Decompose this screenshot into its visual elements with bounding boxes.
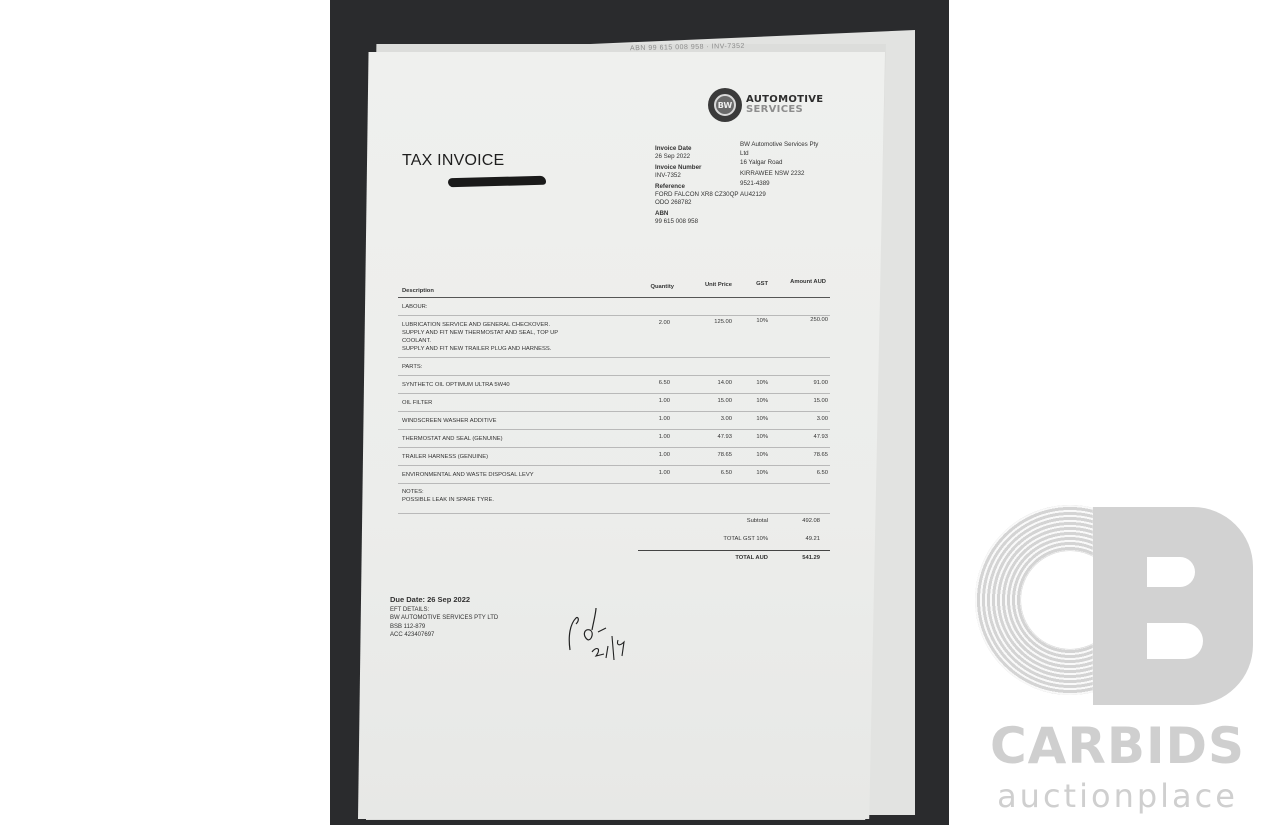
invoice-document: BW AUTOMOTIVE SERVICES TAX INVOICE Invoi… bbox=[330, 0, 949, 825]
table-row: SYNTHETC OIL OPTIMUM ULTRA 5W406.5014.00… bbox=[398, 376, 830, 394]
supplier-phone: 9521-4389 bbox=[740, 179, 840, 190]
labour-quantity: 2.00 bbox=[640, 320, 670, 326]
watermark-brand: CARBIDS bbox=[975, 717, 1260, 775]
gst-row: TOTAL GST 10% 49.21 bbox=[638, 532, 830, 550]
table-row: OIL FILTER1.0015.0010%15.00 bbox=[398, 394, 830, 412]
eft-label: EFT DETAILS: bbox=[390, 606, 498, 615]
part-quantity: 1.00 bbox=[640, 398, 670, 404]
redaction-mark bbox=[448, 176, 546, 188]
watermark-tagline: auctionplace bbox=[975, 777, 1260, 815]
supplier-name-1: BW Automotive Services Pty bbox=[740, 141, 840, 149]
part-amount: 91.00 bbox=[788, 380, 828, 386]
labour-amount: 250.00 bbox=[788, 317, 828, 323]
totals-block: Subtotal 492.08 TOTAL GST 10% 49.21 TOTA… bbox=[638, 514, 830, 568]
table-header: Description Quantity Unit Price GST Amou… bbox=[398, 278, 830, 298]
document-title: TAX INVOICE bbox=[402, 152, 504, 170]
reference-line-1: FORD FALCON XR8 CZ30QP bbox=[655, 191, 739, 199]
part-quantity: 6.50 bbox=[640, 380, 670, 386]
part-unit-price: 6.50 bbox=[688, 470, 732, 476]
part-amount: 3.00 bbox=[788, 416, 828, 422]
part-unit-price: 47.93 bbox=[688, 434, 732, 440]
part-description: THERMOSTAT AND SEAL (GENUINE) bbox=[402, 436, 503, 442]
part-gst: 10% bbox=[748, 470, 768, 476]
part-amount: 15.00 bbox=[788, 398, 828, 404]
carbids-watermark: CARBIDS auctionplace bbox=[975, 505, 1260, 815]
abn-label: ABN bbox=[655, 210, 739, 218]
labour-description: LUBRICATION SERVICE AND GENERAL CHECKOVE… bbox=[402, 321, 642, 353]
part-amount: 78.65 bbox=[788, 452, 828, 458]
part-gst: 10% bbox=[748, 380, 768, 386]
invoice-photo: ABN 99 615 008 958 · INV-7352 BW AUTOMOT… bbox=[330, 0, 949, 825]
labour-gst: 10% bbox=[748, 318, 768, 324]
labour-line: SUPPLY AND FIT NEW THERMOSTAT AND SEAL, … bbox=[402, 329, 642, 337]
supplier-address: BW Automotive Services Pty Ltd 16 Yalgar… bbox=[740, 141, 840, 200]
labour-line: LUBRICATION SERVICE AND GENERAL CHECKOVE… bbox=[402, 321, 642, 329]
part-description: WINDSCREEN WASHER ADDITIVE bbox=[402, 418, 496, 424]
logo-badge: BW bbox=[714, 94, 736, 116]
account-number: ACC 423407697 bbox=[390, 631, 498, 640]
reference-line-2: ODO 268782 bbox=[655, 199, 739, 207]
header-gst: GST bbox=[748, 281, 768, 287]
parts-rows: SYNTHETC OIL OPTIMUM ULTRA 5W406.5014.00… bbox=[398, 376, 830, 484]
part-gst: 10% bbox=[748, 416, 768, 422]
part-quantity: 1.00 bbox=[640, 470, 670, 476]
handwritten-paid-note: Pd 27/9 bbox=[562, 606, 652, 666]
invoice-date-label: Invoice Date bbox=[655, 145, 739, 153]
part-unit-price: 3.00 bbox=[688, 416, 732, 422]
total-row: TOTAL AUD 541.29 bbox=[638, 550, 830, 568]
notes: NOTES: POSSIBLE LEAK IN SPARE TYRE. bbox=[402, 488, 494, 504]
part-amount: 6.50 bbox=[788, 470, 828, 476]
watermark-b-counter-top bbox=[1147, 557, 1195, 587]
supplier-licence: AU42129 bbox=[740, 190, 840, 201]
parts-heading-row: PARTS: bbox=[398, 358, 830, 376]
table-row: TRAILER HARNESS (GENUINE)1.0078.6510%78.… bbox=[398, 448, 830, 466]
account-name: BW AUTOMOTIVE SERVICES PTY LTD bbox=[390, 614, 498, 623]
notes-row: NOTES: POSSIBLE LEAK IN SPARE TYRE. bbox=[398, 484, 830, 514]
logo-text: AUTOMOTIVE SERVICES bbox=[746, 95, 823, 115]
table-row: WINDSCREEN WASHER ADDITIVE1.003.0010%3.0… bbox=[398, 412, 830, 430]
supplier-street: 16 Yalgar Road bbox=[740, 158, 840, 169]
gst-value: 49.21 bbox=[805, 536, 820, 542]
table-row: ENVIRONMENTAL AND WASTE DISPOSAL LEVY1.0… bbox=[398, 466, 830, 484]
reference-label: Reference bbox=[655, 183, 739, 191]
watermark-b-shape bbox=[1093, 507, 1253, 705]
invoice-number-label: Invoice Number bbox=[655, 164, 739, 172]
invoice-date: 26 Sep 2022 bbox=[655, 153, 739, 161]
subtotal-label: Subtotal bbox=[747, 518, 768, 524]
part-gst: 10% bbox=[748, 398, 768, 404]
invoice-meta: Invoice Date 26 Sep 2022 Invoice Number … bbox=[655, 145, 739, 229]
part-gst: 10% bbox=[748, 434, 768, 440]
part-unit-price: 78.65 bbox=[688, 452, 732, 458]
company-logo: BW AUTOMOTIVE SERVICES bbox=[708, 88, 823, 122]
gear-icon: BW bbox=[708, 88, 742, 122]
part-gst: 10% bbox=[748, 452, 768, 458]
header-amount: Amount AUD bbox=[782, 279, 826, 285]
header-description: Description bbox=[402, 288, 434, 294]
part-amount: 47.93 bbox=[788, 434, 828, 440]
part-description: ENVIRONMENTAL AND WASTE DISPOSAL LEVY bbox=[402, 472, 534, 478]
due-date: Due Date: 26 Sep 2022 bbox=[390, 596, 498, 605]
watermark-b-counter-bottom bbox=[1147, 623, 1203, 659]
part-unit-price: 14.00 bbox=[688, 380, 732, 386]
labour-heading-row: LABOUR: bbox=[398, 298, 830, 316]
notes-text: POSSIBLE LEAK IN SPARE TYRE. bbox=[402, 496, 494, 504]
supplier-name-2: Ltd bbox=[740, 149, 840, 158]
header-unit-price: Unit Price bbox=[688, 282, 732, 288]
labour-line: SUPPLY AND FIT NEW TRAILER PLUG AND HARN… bbox=[402, 345, 642, 353]
part-quantity: 1.00 bbox=[640, 416, 670, 422]
subtotal-value: 492.08 bbox=[802, 518, 820, 524]
labour-unit-price: 125.00 bbox=[688, 319, 732, 325]
logo-line-2: SERVICES bbox=[746, 105, 823, 115]
supplier-suburb: KIRRAWEE NSW 2232 bbox=[740, 169, 840, 180]
part-quantity: 1.00 bbox=[640, 452, 670, 458]
subtotal-row: Subtotal 492.08 bbox=[638, 514, 830, 532]
part-unit-price: 15.00 bbox=[688, 398, 732, 404]
line-items-table: Description Quantity Unit Price GST Amou… bbox=[398, 278, 830, 514]
part-quantity: 1.00 bbox=[640, 434, 670, 440]
payment-details: Due Date: 26 Sep 2022 EFT DETAILS: BW AU… bbox=[390, 596, 498, 640]
notes-heading: NOTES: bbox=[402, 488, 494, 496]
part-description: TRAILER HARNESS (GENUINE) bbox=[402, 454, 488, 460]
total-value: 541.29 bbox=[802, 555, 820, 561]
labour-line: COOLANT. bbox=[402, 337, 642, 345]
part-description: OIL FILTER bbox=[402, 400, 432, 406]
table-row: LUBRICATION SERVICE AND GENERAL CHECKOVE… bbox=[398, 316, 830, 358]
invoice-number: INV-7352 bbox=[655, 172, 739, 180]
parts-heading: PARTS: bbox=[402, 364, 422, 370]
total-label: TOTAL AUD bbox=[735, 555, 768, 561]
table-row: THERMOSTAT AND SEAL (GENUINE)1.0047.9310… bbox=[398, 430, 830, 448]
labour-heading: LABOUR: bbox=[402, 304, 427, 310]
header-quantity: Quantity bbox=[634, 284, 674, 290]
part-description: SYNTHETC OIL OPTIMUM ULTRA 5W40 bbox=[402, 382, 510, 388]
gst-label: TOTAL GST 10% bbox=[723, 536, 768, 542]
bsb: BSB 112-879 bbox=[390, 623, 498, 632]
abn-value: 99 615 008 958 bbox=[655, 218, 739, 226]
